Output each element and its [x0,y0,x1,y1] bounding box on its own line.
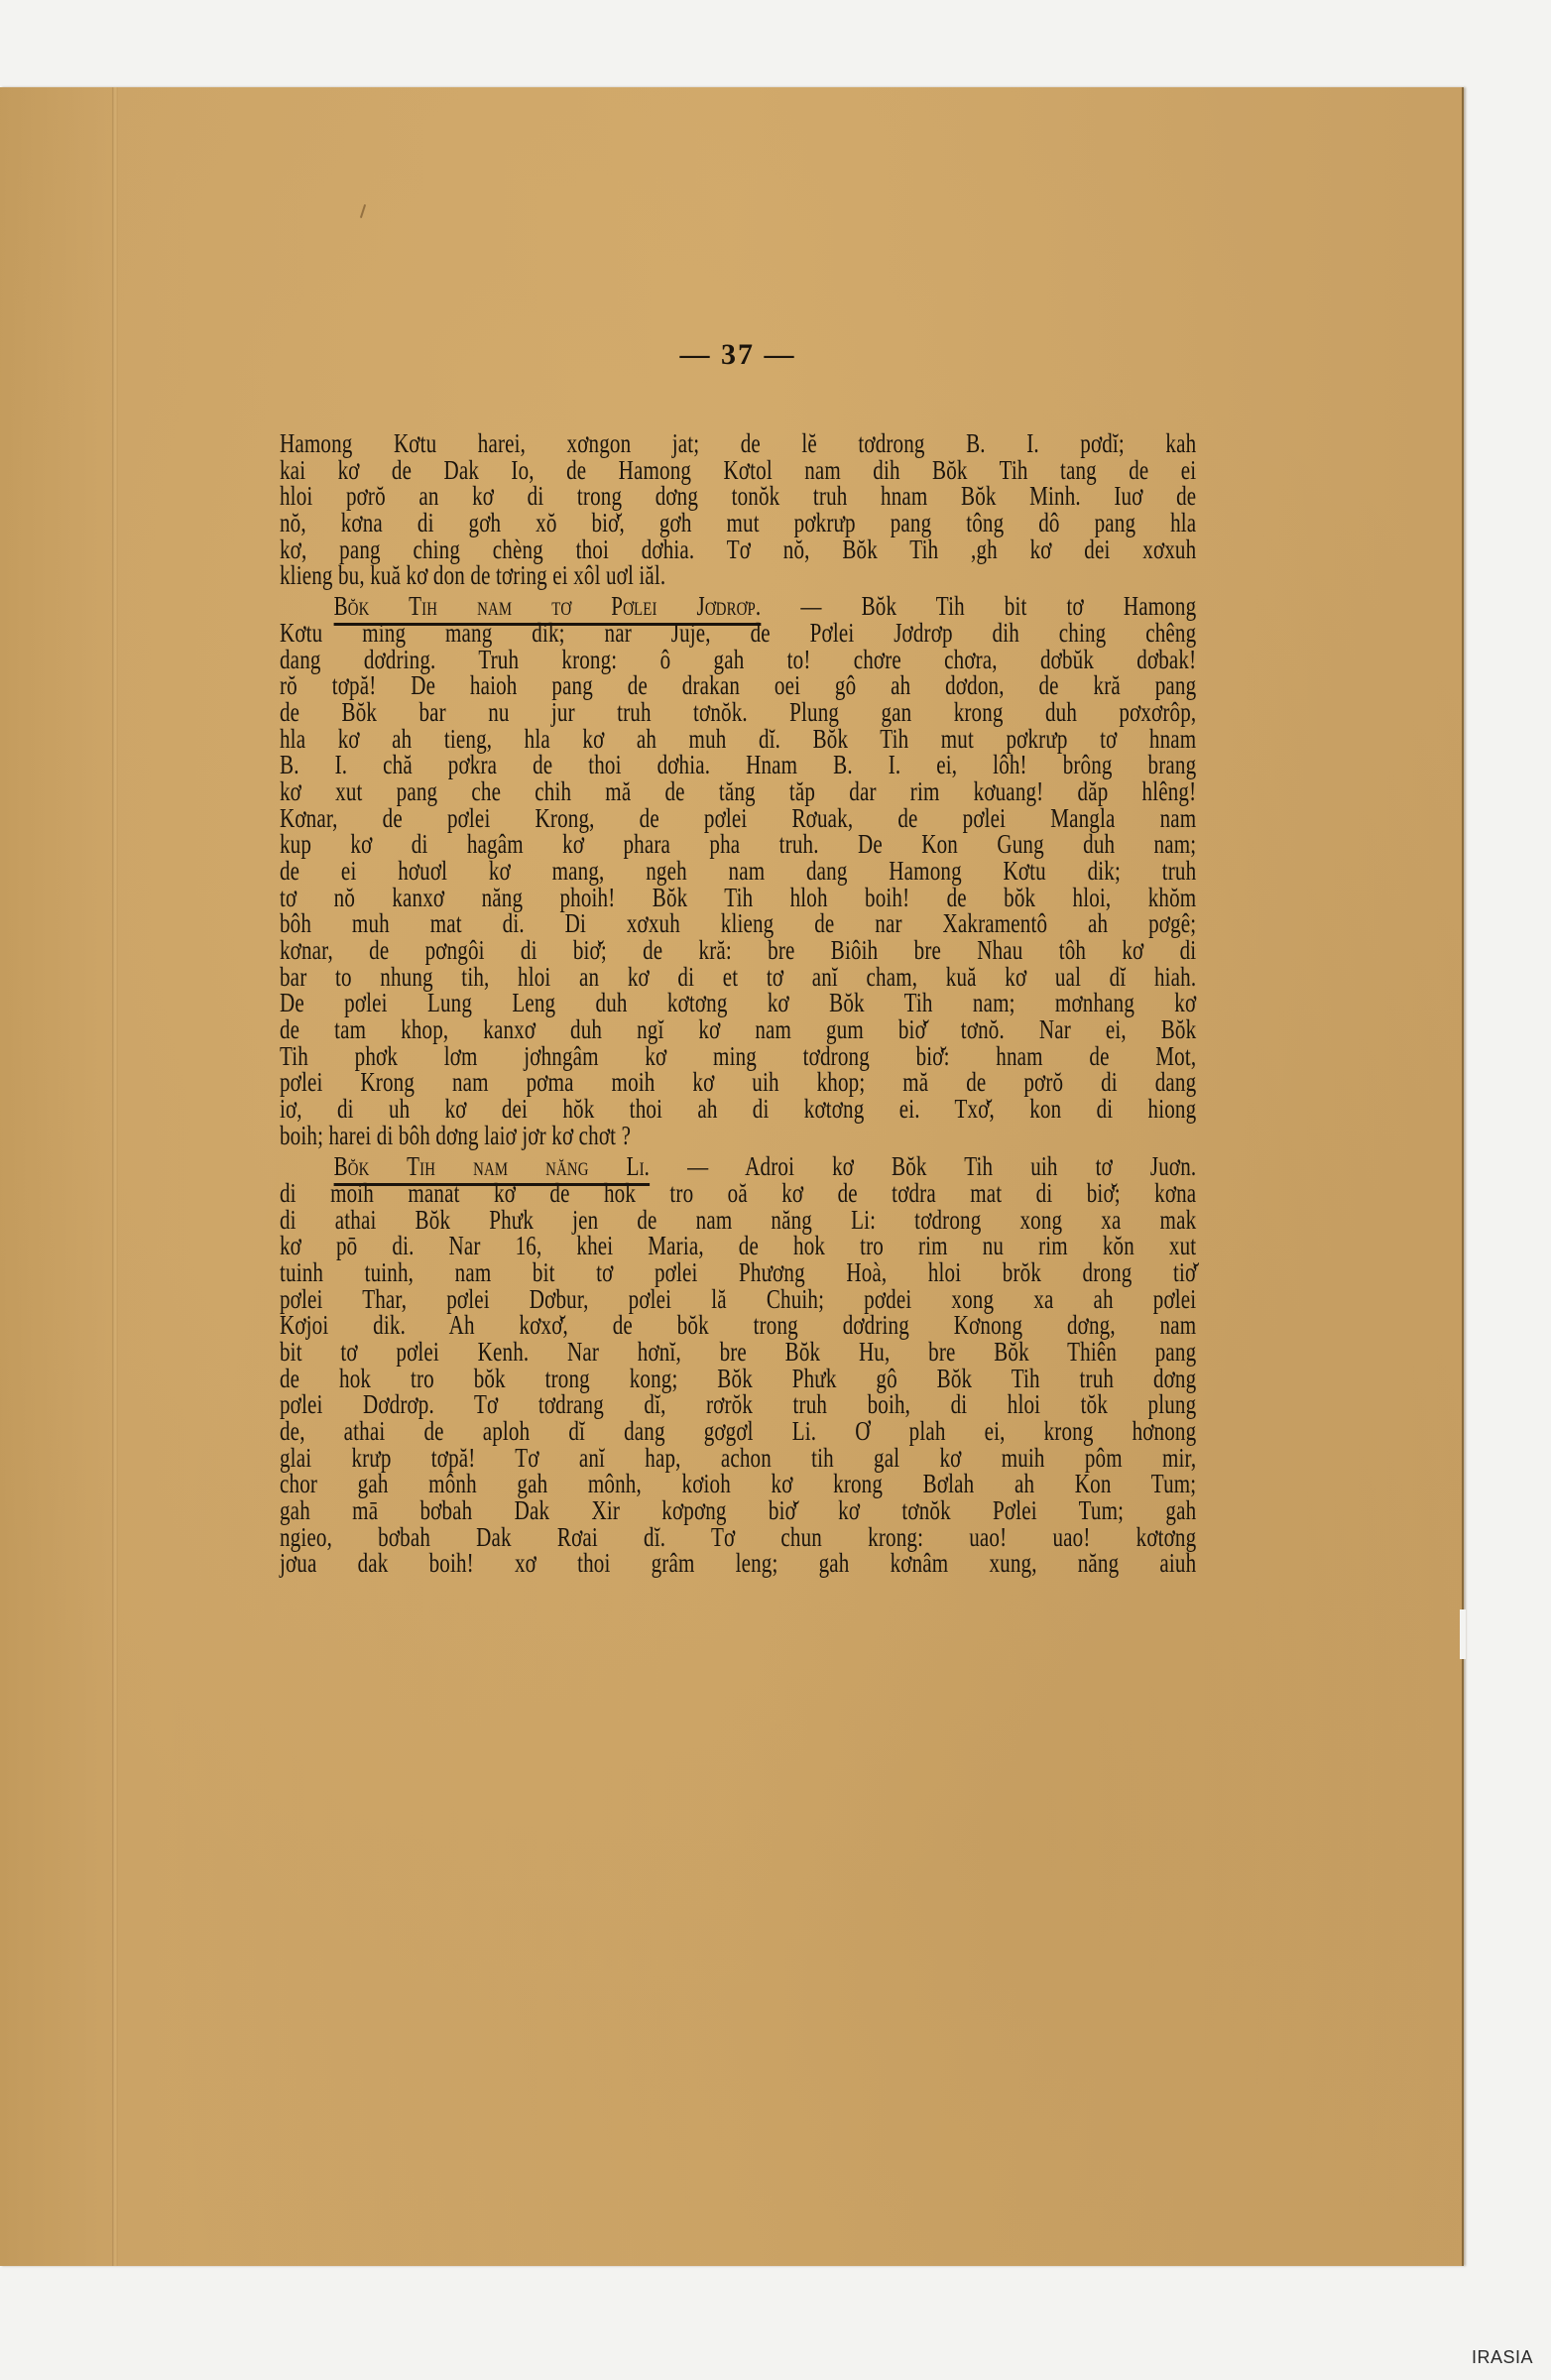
scanned-page: — 37 — Hamong Kơtu harei, xơngon jat; de… [0,87,1464,2266]
text-line: di moih manat kơ de hok tro oă kơ de tơd… [280,1180,1196,1206]
text-line: de tam khop, kanxơ duh ngĭ kơ nam gum bi… [280,1016,1196,1042]
text-line: pơlei Thar, pơlei Dơbur, pơlei lă Chuih;… [280,1286,1196,1312]
text-line: de, athai de aploh dĭ dang gơgơl Li. Ơ p… [280,1418,1196,1444]
text-line: de ei hơuơl kơ mang, ngeh nam dang Hamon… [280,858,1196,884]
text-line: Tih phơk lơm jơhngâm kơ ming tơdrong biơ… [280,1043,1196,1069]
text-line: klieng bu, kuă kơ don de tơring ei xôl u… [280,562,1196,588]
text-line: chor gah mônh gah mônh, kơioh kơ krong B… [280,1471,1196,1496]
text-line: pơlei Krong nam pơma moih kơ uih khop; m… [280,1069,1196,1095]
text-line: nŏ, kơna di gơh xŏ biơ̆, gơh mut pơkrưp … [280,510,1196,535]
text-line: kup kơ di hagâm kơ phara pha truh. De Ko… [280,831,1196,857]
page-edge-notch [1460,1609,1466,1659]
text-line: bôh muh mat di. Di xơxuh klieng de nar X… [280,910,1196,936]
text-line: bar to nhung tih, hloi an kơ di et tơ an… [280,964,1196,990]
text-line: De pơlei Lung Leng duh kơtơng kơ Bŏk Tih… [280,990,1196,1015]
text-line: de hok tro bŏk trong kong; Bŏk Phưk gô B… [280,1366,1196,1391]
text-line: Hamong Kơtu harei, xơngon jat; de lĕ tơd… [280,430,1196,456]
ink-mark [360,204,366,218]
text-line: B. I. chă pơkra de thoi dơhia. Hnam B. I… [280,752,1196,777]
text-line: glai krưp tơpă! Tơ anĭ hap, achon tih ga… [280,1445,1196,1471]
watermark: IRASIA [1472,2347,1533,2368]
text-line: bit tơ pơlei Kenh. Nar hơnĭ, bre Bŏk Hu,… [280,1339,1196,1365]
text-line: Kơnar, de pơlei Krong, de pơlei Rơuak, d… [280,805,1196,831]
text-line: kai kơ de Dak Io, de Hamong Kơtol nam di… [280,457,1196,483]
text-line: kơnar, de pơngôi di biơ̆; de kră: bre Bi… [280,937,1196,963]
text-line: di athai Bŏk Phưk jen de nam năng Li: tơ… [280,1207,1196,1233]
page-number: — 37 — [280,338,1196,372]
text-line: Kơtu ming mang dik; nar Juje, de Pơlei J… [280,620,1196,646]
heading-continuation: — Adroi kơ Bŏk Tih uih tơ Juơn. [687,1151,1196,1181]
text-line: iơ, di uh kơ dei hŏk thoi ah di kơtơng e… [280,1096,1196,1122]
text-line: hloi pơrŏ an kơ di trong dơng tonŏk truh… [280,483,1196,509]
text-line: boih; harei di bôh dơng laiơ jơr kơ chơt… [280,1123,1196,1148]
text-line: tuinh tuinh, nam bit tơ pơlei Phương Hoà… [280,1259,1196,1285]
text-line: gah mā bơbah Dak Xir kơpơng biơ̆ kơ tơnŏ… [280,1497,1196,1523]
text-line: rŏ tơpă! De haioh pang de drakan oei gô … [280,672,1196,698]
text-line: kơ pō di. Nar 16, khei Maria, de hok tro… [280,1233,1196,1258]
text-line: kơ xut pang che chih mă de tăng tăp dar … [280,778,1196,804]
section-heading-line: Bŏk Tih nam năng Li. — Adroi kơ Bŏk Tih … [280,1153,1196,1179]
text-line: tơ nŏ kanxơ năng phoih! Bŏk Tih hloh boi… [280,885,1196,910]
text-line: pơlei Dơdrơp. Tơ tơdrang dĭ, rơrŏk truh … [280,1391,1196,1417]
text-line: dang dơdring. Truh krong: ô gah to! chơr… [280,647,1196,672]
text-line: Kơjoi dik. Ah kơxơ̆, de bŏk trong dơdrin… [280,1312,1196,1338]
heading-continuation: — Bŏk Tih bit tơ Hamong [800,591,1196,621]
section-heading: Bŏk Tih nam năng Li. [334,1151,651,1181]
text-line: ngieo, bơbah Dak Rơai dĭ. Tơ chun krong:… [280,1524,1196,1550]
section-heading: Bŏk Tih nam tơ Pơlei Jơdrơp. [334,591,762,621]
text-line: kơ, pang ching chèng thoi dơhia. Tơ nŏ, … [280,536,1196,562]
text-line: hla kơ ah tieng, hla kơ ah muh dĭ. Bŏk T… [280,726,1196,752]
text-line: de Bŏk bar nu jur truh tơnŏk. Plung gan … [280,699,1196,725]
section-heading-line: Bŏk Tih nam tơ Pơlei Jơdrơp. — Bŏk Tih b… [280,593,1196,619]
page-fold [112,87,118,2266]
text-line: jơua dak boih! xơ thoi grâm leng; gah kơ… [280,1550,1196,1576]
